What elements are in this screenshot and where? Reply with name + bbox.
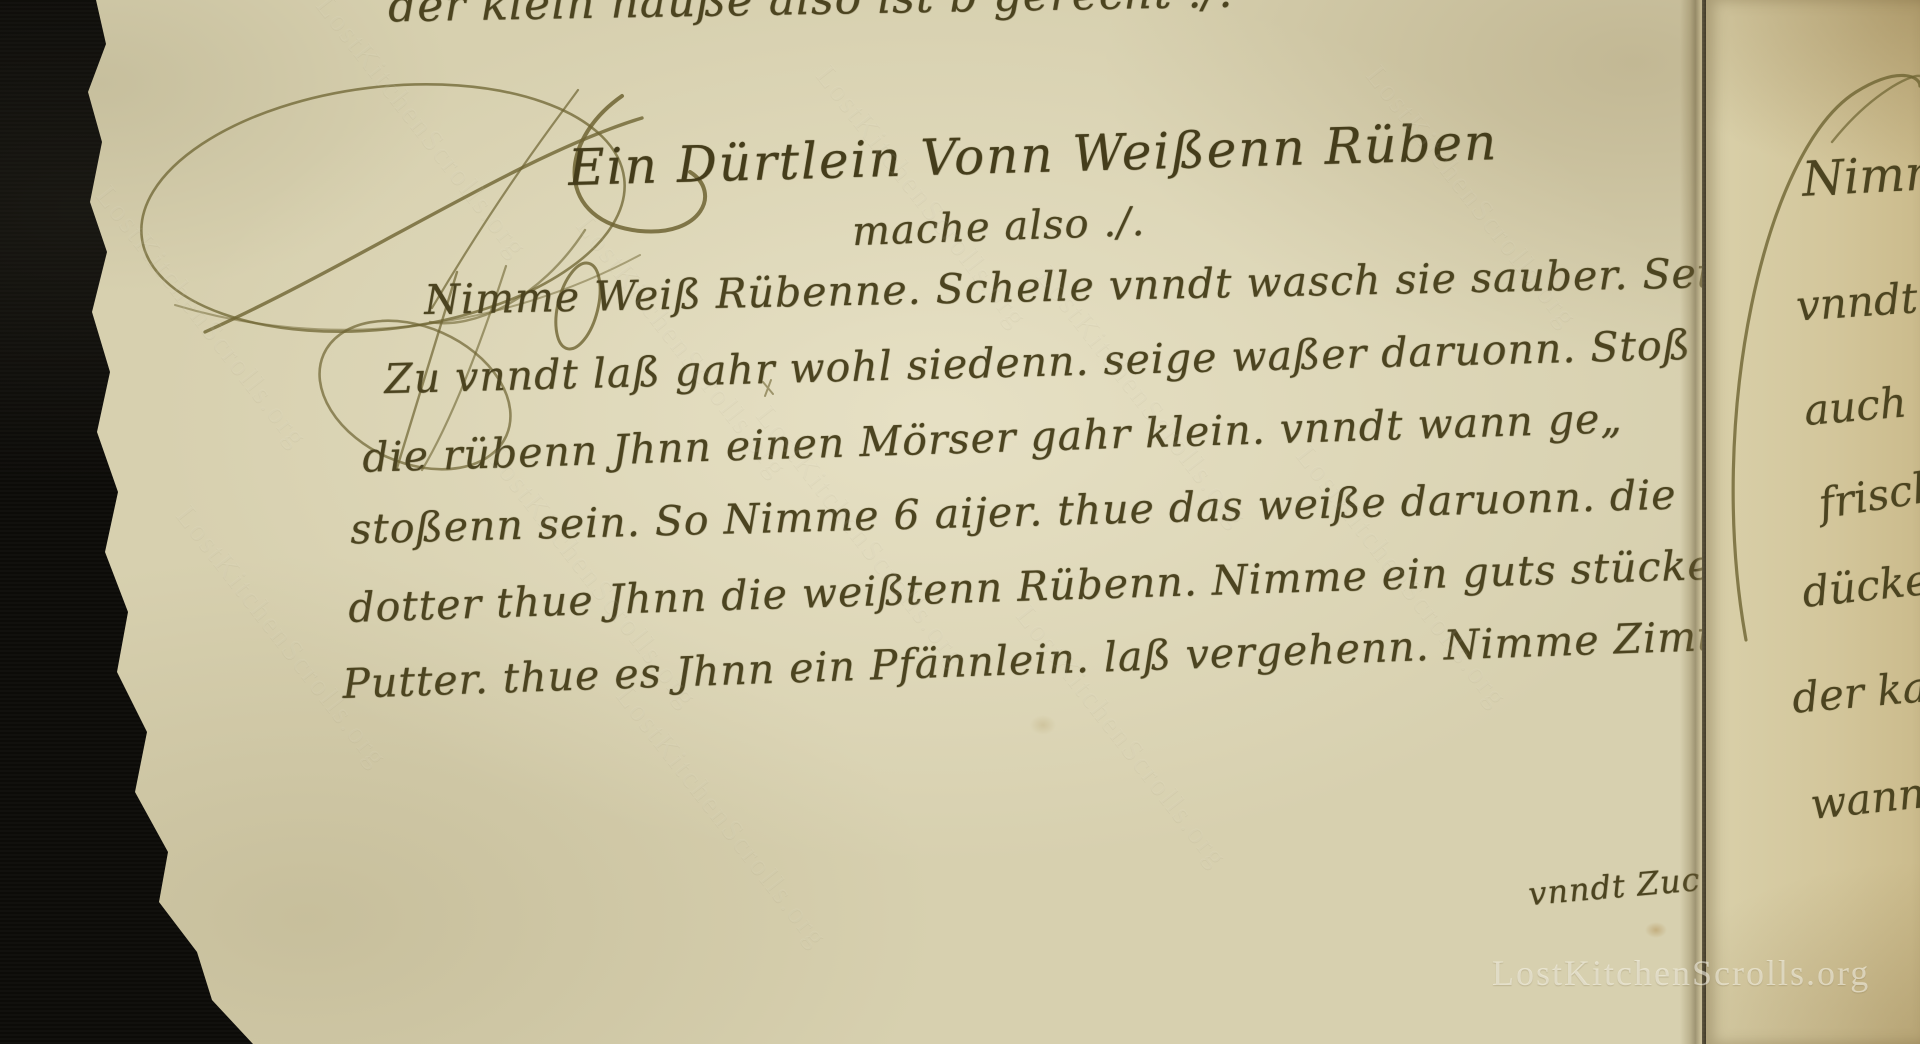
manuscript-left-page: der klein nauße also ist b gerecht ./. E… [0,0,1702,1044]
page-gutter-shadow [1680,0,1708,1044]
top-partial-line: der klein nauße also ist b gerecht ./. [388,0,1234,32]
recipe-title: Ein Dürtlein Vonn Weißenn Rüben [567,113,1499,197]
manuscript-scan: der klein nauße also ist b gerecht ./. E… [0,0,1920,1044]
body-line: die rübenn Jhnn einen Mörser gahr klein.… [362,394,1624,482]
tiled-watermark-text: LostKitchenScrolls.org [309,0,534,265]
next-page-line-fragment: dückell [1800,552,1920,617]
next-page-initial-upper [1832,76,1920,142]
paper-stain [1645,922,1667,938]
next-page-line-fragment: vnndt ß [1794,270,1920,330]
next-page-line-fragment: der ka [1790,662,1920,723]
tiled-watermark-text: LostKitchenScrolls.org [609,679,834,954]
paper-stain [1030,715,1056,735]
next-page-line-fragment: frisch J [1815,456,1920,528]
next-page-line-fragment: Nimm [1801,144,1920,208]
recipe-subtitle: mache also ./. [851,199,1146,255]
site-watermark: LostKitchenScrolls.org [1492,952,1870,994]
body-line: Zu vnndt laß gahr wohl siedenn. seige wa… [384,321,1692,403]
next-page-line-fragment: auch d [1802,374,1920,435]
next-page-sliver: Nimm vnndt ß auch d frisch J dückell der… [1706,0,1920,1044]
next-page-line-fragment: wann d [1808,764,1920,829]
tiled-watermark-text: LostKitchenScrolls.org [89,179,314,454]
